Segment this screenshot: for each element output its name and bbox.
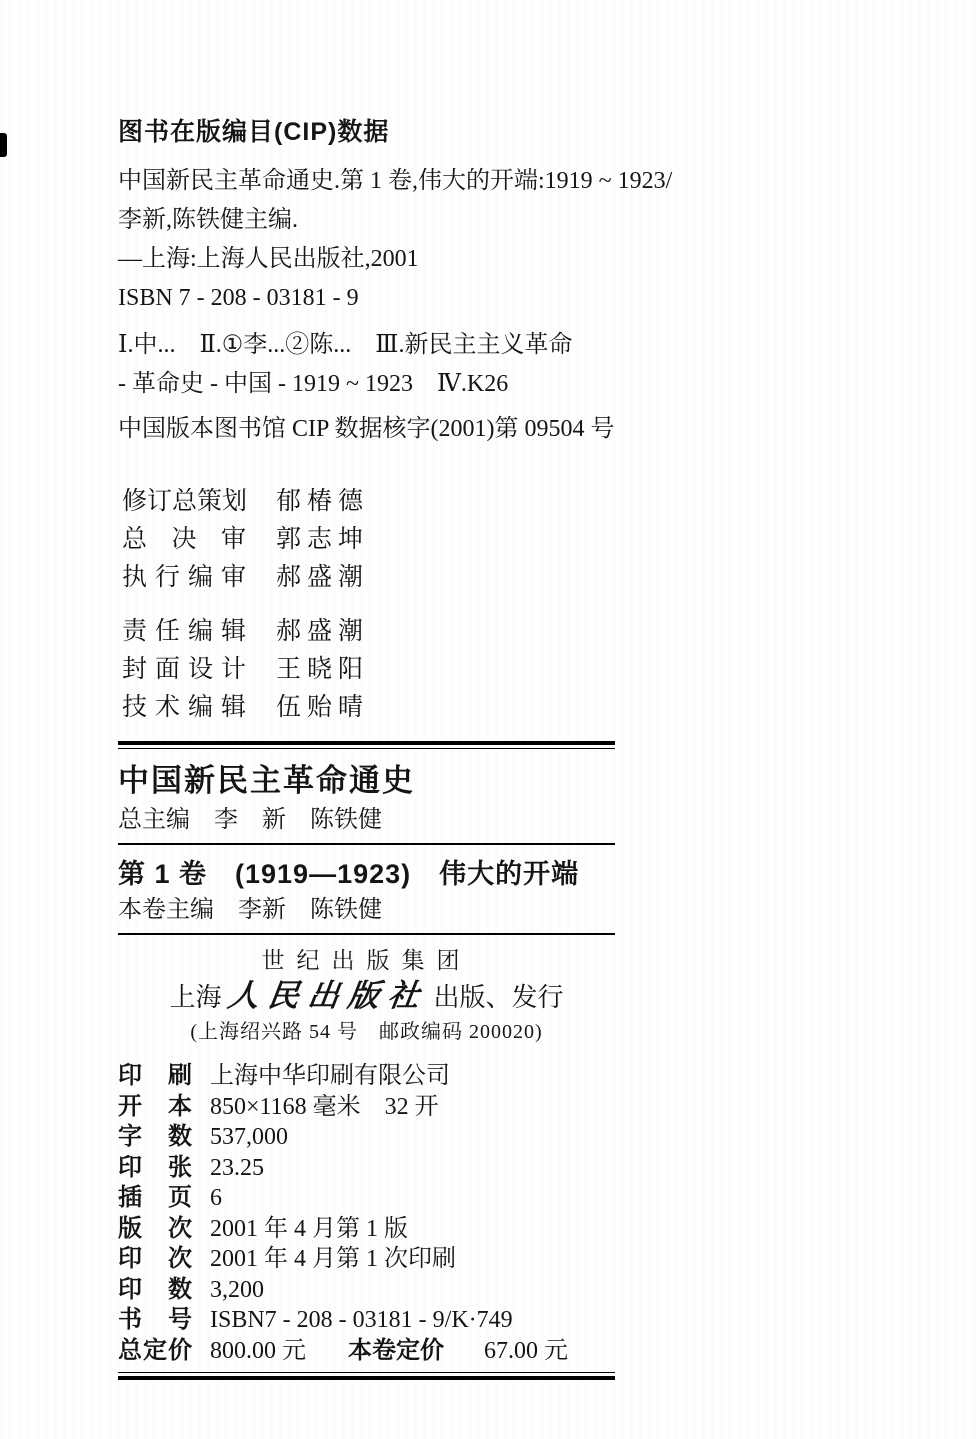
total-price-label: 总定价 — [118, 1330, 192, 1365]
staff-role-label: 修订总策划 — [122, 483, 246, 521]
staff-person-name: 郁椿德 — [276, 488, 369, 515]
colophon-value: 2001 年 4 月第 1 次印刷 — [210, 1238, 456, 1273]
cip-title-line: 中国新民主革命通史.第 1 卷,伟大的开端:1919 ~ 1923/ — [118, 162, 648, 201]
cip-section: 图书在版编目(CIP)数据 中国新民主革命通史.第 1 卷,伟大的开端:1919… — [118, 118, 648, 449]
publisher-action-text: 出版、发行 — [434, 983, 564, 1012]
staff-person-name: 郝盛潮 — [276, 564, 369, 591]
rule-thin — [118, 843, 615, 845]
volume-title: 第 1 卷 (1919—1923) 伟大的开端 — [118, 857, 648, 891]
colophon-row: 印张23.25 — [118, 1147, 648, 1178]
ink-smudge-mark — [0, 133, 7, 157]
series-title: 中国新民主革命通史 — [118, 763, 648, 799]
cip-publisher-line: —上海:上海人民出版社,2001 — [118, 240, 648, 279]
staff-row: 技术编辑伍贻晴 — [122, 689, 648, 727]
colophon-value: 23.25 — [210, 1155, 264, 1182]
publisher-block: 世纪出版集团 上海人民出版社出版、发行 (上海绍兴路 54 号 邮政编码 200… — [118, 947, 615, 1045]
staff-person-name: 郝盛潮 — [276, 618, 369, 645]
publisher-address: (上海绍兴路 54 号 邮政编码 200020) — [118, 1019, 615, 1045]
volume-price-label: 本卷定价 — [348, 1330, 444, 1365]
staff-group-gap — [122, 597, 648, 613]
volume-editors-line: 本卷主编 李新 陈铁健 — [118, 895, 648, 925]
staff-row: 执行编审郝盛潮 — [122, 559, 648, 597]
chief-editors-line: 总主编 李 新 陈铁健 — [118, 805, 648, 835]
colophon-row: 印刷上海中华印刷有限公司 — [118, 1055, 648, 1086]
staff-credits: 修订总策划郁椿德 总决审郭志坤 执行编审郝盛潮 责任编辑郝盛潮 封面设计王晓阳 … — [118, 483, 648, 727]
staff-role-label: 责任编辑 — [122, 613, 246, 651]
colophon-row: 版次2001 年 4 月第 1 版 — [118, 1208, 648, 1239]
colophon-row: 印数3,200 — [118, 1269, 648, 1300]
staff-row: 总决审郭志坤 — [122, 521, 648, 559]
staff-row: 封面设计王晓阳 — [122, 651, 648, 689]
colophon-row: 印次2001 年 4 月第 1 次印刷 — [118, 1238, 648, 1269]
colophon-value: 537,000 — [210, 1124, 288, 1151]
cip-classification-line: - 革命史 - 中国 - 1919 ~ 1923 Ⅳ.K26 — [118, 365, 648, 404]
colophon-row: 书号ISBN7 - 208 - 03181 - 9/K·749 — [118, 1299, 648, 1330]
staff-person-name: 王晓阳 — [276, 656, 369, 683]
cip-classification-line: Ⅰ.中... Ⅱ.①李...②陈... Ⅲ.新民主主义革命 — [118, 326, 648, 365]
staff-role-label: 技术编辑 — [122, 689, 246, 727]
staff-role-label: 执行编审 — [122, 559, 246, 597]
staff-row: 责任编辑郝盛潮 — [122, 613, 648, 651]
staff-person-name: 郭志坤 — [276, 526, 369, 553]
colophon-row: 字数537,000 — [118, 1116, 648, 1147]
staff-role-label: 总决审 — [122, 521, 246, 559]
rule-thin — [118, 933, 615, 935]
publisher-imprint-line: 上海人民出版社出版、发行 — [118, 975, 615, 1019]
rule-thin-thick — [118, 1372, 615, 1380]
rule-thick-thin — [118, 741, 615, 749]
publisher-city: 上海 — [169, 983, 221, 1012]
title-block: 中国新民主革命通史 总主编 李 新 陈铁健 第 1 卷 (1919—1923) … — [118, 763, 648, 935]
colophon-table: 印刷上海中华印刷有限公司 开本850×1168 毫米 32 开 字数537,00… — [118, 1055, 648, 1360]
book-copyright-page: 图书在版编目(CIP)数据 中国新民主革命通史.第 1 卷,伟大的开端:1919… — [118, 118, 648, 1380]
price-row: 总定价800.00 元本卷定价67.00 元 — [118, 1330, 648, 1361]
volume-price-value: 67.00 元 — [484, 1330, 568, 1365]
colophon-row: 开本850×1168 毫米 32 开 — [118, 1086, 648, 1117]
publisher-script-logotype: 人民出版社 — [219, 975, 437, 1017]
cip-record-number: 中国版本图书馆 CIP 数据核字(2001)第 09504 号 — [118, 410, 648, 449]
cip-editors-line: 李新,陈铁健主编. — [118, 201, 648, 240]
staff-role-label: 封面设计 — [122, 651, 246, 689]
colophon-value: 850×1168 毫米 32 开 — [210, 1086, 439, 1121]
colophon-row: 插页6 — [118, 1177, 648, 1208]
publishing-group-name: 世纪出版集团 — [118, 947, 615, 975]
total-price-value: 800.00 元 — [210, 1330, 306, 1365]
cip-isbn-line: ISBN 7 - 208 - 03181 - 9 — [118, 279, 648, 318]
colophon-value: 3,200 — [210, 1277, 264, 1304]
cip-header: 图书在版编目(CIP)数据 — [118, 118, 648, 146]
staff-row: 修订总策划郁椿德 — [122, 483, 648, 521]
staff-person-name: 伍贻晴 — [276, 694, 369, 721]
